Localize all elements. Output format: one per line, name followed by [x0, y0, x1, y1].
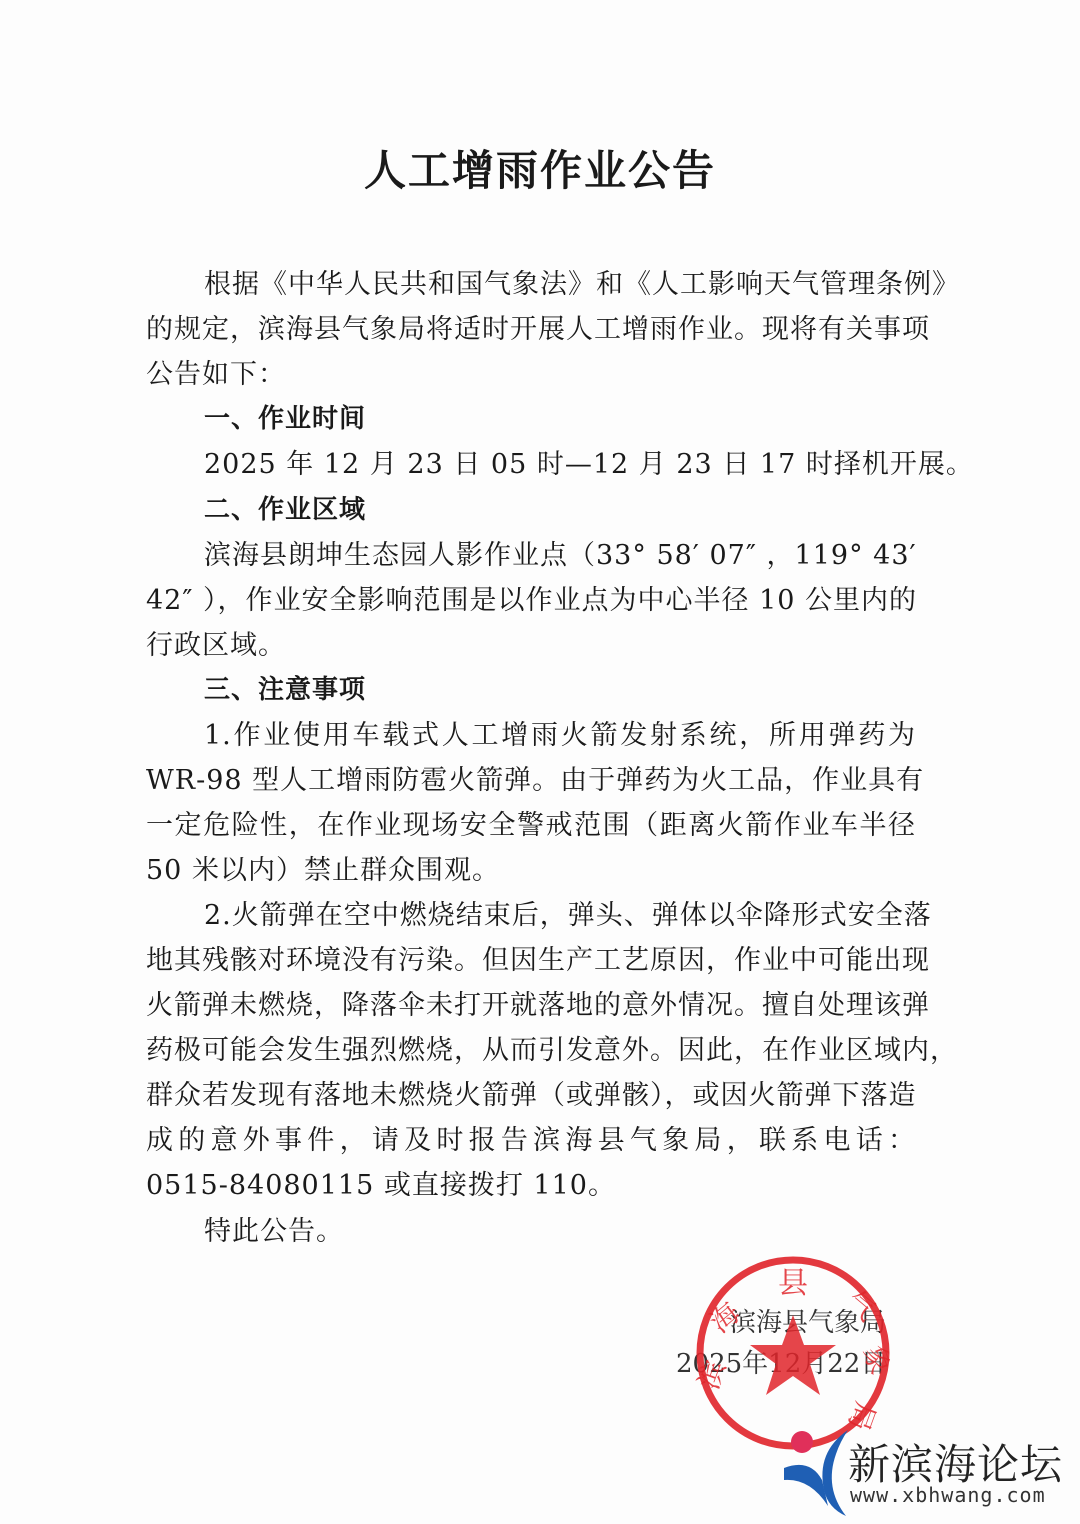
item-2-line-6: 成的意外事件，请及时报告滨海县气象局，联系电话：	[146, 1118, 916, 1163]
item-2-line-1: 2.火箭弹在空中燃烧结束后，弹头、弹体以伞降形式安全落	[204, 893, 916, 938]
document-title: 人工增雨作业公告	[0, 138, 1080, 198]
item-1-line-4: 50 米以内）禁止群众围观。	[146, 848, 926, 893]
intro-line-1: 根据《中华人民共和国气象法》和《人工影响天气管理条例》	[204, 262, 916, 307]
official-seal-icon: 县 海 滨 气 象 局	[693, 1253, 893, 1453]
forum-url: www.xbhwang.com	[850, 1483, 1046, 1507]
section-1-text: 2025 年 12 月 23 日 05 时—12 月 23 日 17 时择机开展…	[204, 442, 984, 487]
item-2-line-3: 火箭弹未燃烧，降落伞未打开就落地的意外情况。擅自处理该弹	[146, 983, 916, 1028]
item-2-line-2: 地其残骸对环境没有污染。但因生产工艺原因，作业中可能出现	[146, 938, 916, 983]
item-2-line-5: 群众若发现有落地未燃烧火箭弹（或弹骸），或因火箭弹下落造	[146, 1073, 916, 1118]
svg-text:海: 海	[704, 1296, 747, 1339]
section-2-heading: 二、作业区域	[204, 488, 984, 533]
svg-text:滨: 滨	[693, 1356, 732, 1394]
item-1-line-1: 1.作业使用车载式人工增雨火箭发射系统，所用弹药为	[204, 713, 916, 758]
intro-line-3: 公告如下：	[146, 352, 926, 397]
svg-text:气: 气	[840, 1284, 883, 1327]
item-2-line-7: 0515-84080115 或直接拨打 110。	[146, 1163, 926, 1208]
closing-text: 特此公告。	[204, 1209, 984, 1254]
section-2-line-3: 行政区域。	[146, 623, 926, 668]
svg-text:县: 县	[778, 1266, 808, 1301]
section-1-heading: 一、作业时间	[204, 397, 984, 442]
item-1-line-3: 一定危险性，在作业现场安全警戒范围（距离火箭作业车半径	[146, 803, 916, 848]
section-2-line-2: 42″ ），作业安全影响范围是以作业点为中心半径 10 公里内的	[146, 578, 916, 623]
intro-line-2: 的规定，滨海县气象局将适时开展人工增雨作业。现将有关事项	[146, 307, 916, 352]
section-2-line-1: 滨海县朗坤生态园人影作业点（33° 58′ 07″ ，119° 43′	[204, 533, 916, 578]
item-2-line-4: 药极可能会发生强烈燃烧，从而引发意外。因此，在作业区域内，	[146, 1028, 916, 1073]
section-3-heading: 三、注意事项	[204, 668, 984, 713]
svg-text:象: 象	[857, 1341, 893, 1379]
item-1-line-2: WR-98 型人工增雨防雹火箭弹。由于弹药为火工品，作业具有	[146, 758, 916, 803]
